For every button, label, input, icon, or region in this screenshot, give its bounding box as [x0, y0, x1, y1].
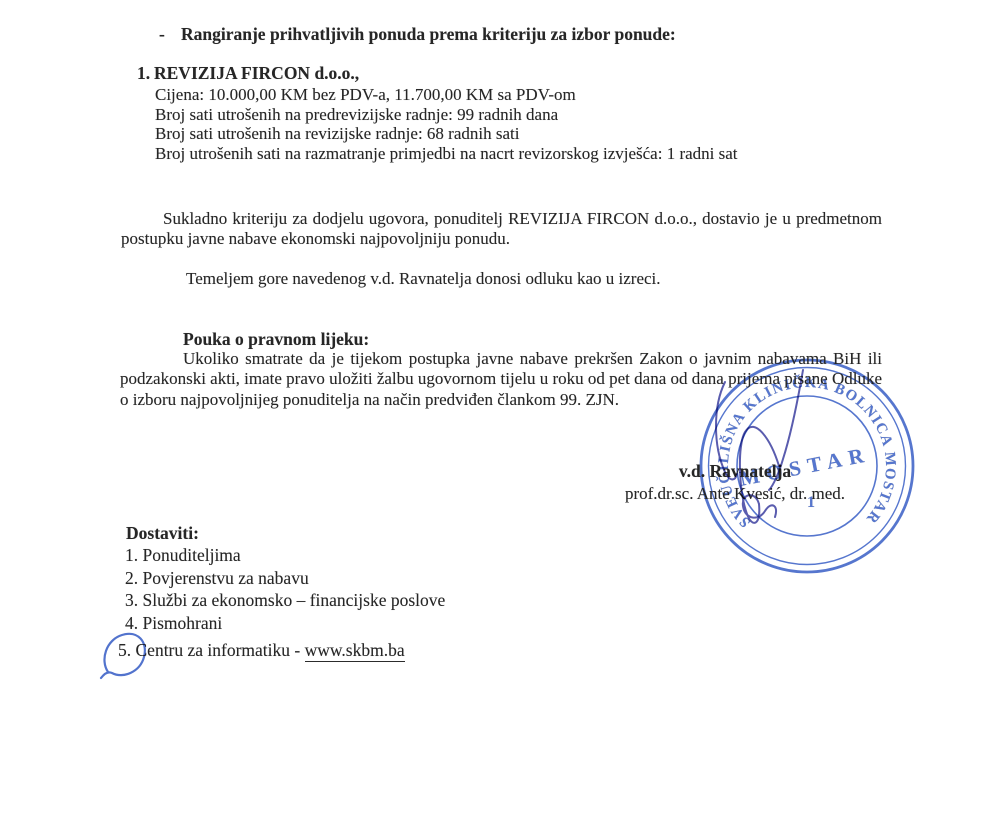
distribution-item-5-url: www.skbm.ba — [305, 640, 405, 662]
signature-stroke-arc — [716, 382, 737, 479]
bidder-detail-audit-hours: Broj sati utrošenih na revizijske radnje… — [155, 124, 875, 144]
signature-stroke-loop — [740, 427, 779, 523]
bidder-name: REVIZIJA FIRCON d.o.o., — [154, 63, 359, 84]
distribution-item-2: 2. Povjerenstvu za nabavu — [125, 568, 445, 591]
bidder-detail-preaudit-hours: Broj sati utrošenih na predrevizijske ra… — [155, 105, 875, 125]
bidder-details: Cijena: 10.000,00 KM bez PDV-a, 11.700,0… — [155, 85, 875, 163]
ranking-heading: Rangiranje prihvatljivih ponuda prema kr… — [181, 24, 676, 44]
ranking-heading-line: -Rangiranje prihvatljivih ponuda prema k… — [159, 24, 676, 45]
pen-circle-path — [101, 634, 145, 678]
bidder-detail-price: Cijena: 10.000,00 KM bez PDV-a, 11.700,0… — [155, 85, 875, 105]
signature-stroke-diagonal — [769, 370, 803, 490]
distribution-list: 1. Ponuditeljima 2. Povjerenstvu za naba… — [125, 545, 445, 636]
distribution-heading: Dostaviti: — [126, 523, 199, 544]
distribution-item-4: 4. Pismohrani — [125, 613, 445, 636]
paragraph-award: Sukladno kriteriju za dodjelu ugovora, p… — [121, 209, 882, 248]
document-page: -Rangiranje prihvatljivih ponuda prema k… — [0, 0, 982, 819]
pen-circle-around-5 — [98, 628, 162, 682]
bidder-number: 1. — [137, 63, 150, 84]
handwritten-signature — [695, 354, 919, 578]
paragraph-decision: Temeljem gore navedenog v.d. Ravnatelja … — [186, 269, 661, 289]
ranking-bullet: - — [159, 24, 181, 45]
legal-remedy-heading: Pouka o pravnom lijeku: — [183, 329, 369, 350]
distribution-item-3: 3. Službi za ekonomsko – financijske pos… — [125, 590, 445, 613]
distribution-item-1: 1. Ponuditeljima — [125, 545, 445, 568]
bidder-detail-review-hours: Broj utrošenih sati na razmatranje primj… — [155, 144, 875, 164]
